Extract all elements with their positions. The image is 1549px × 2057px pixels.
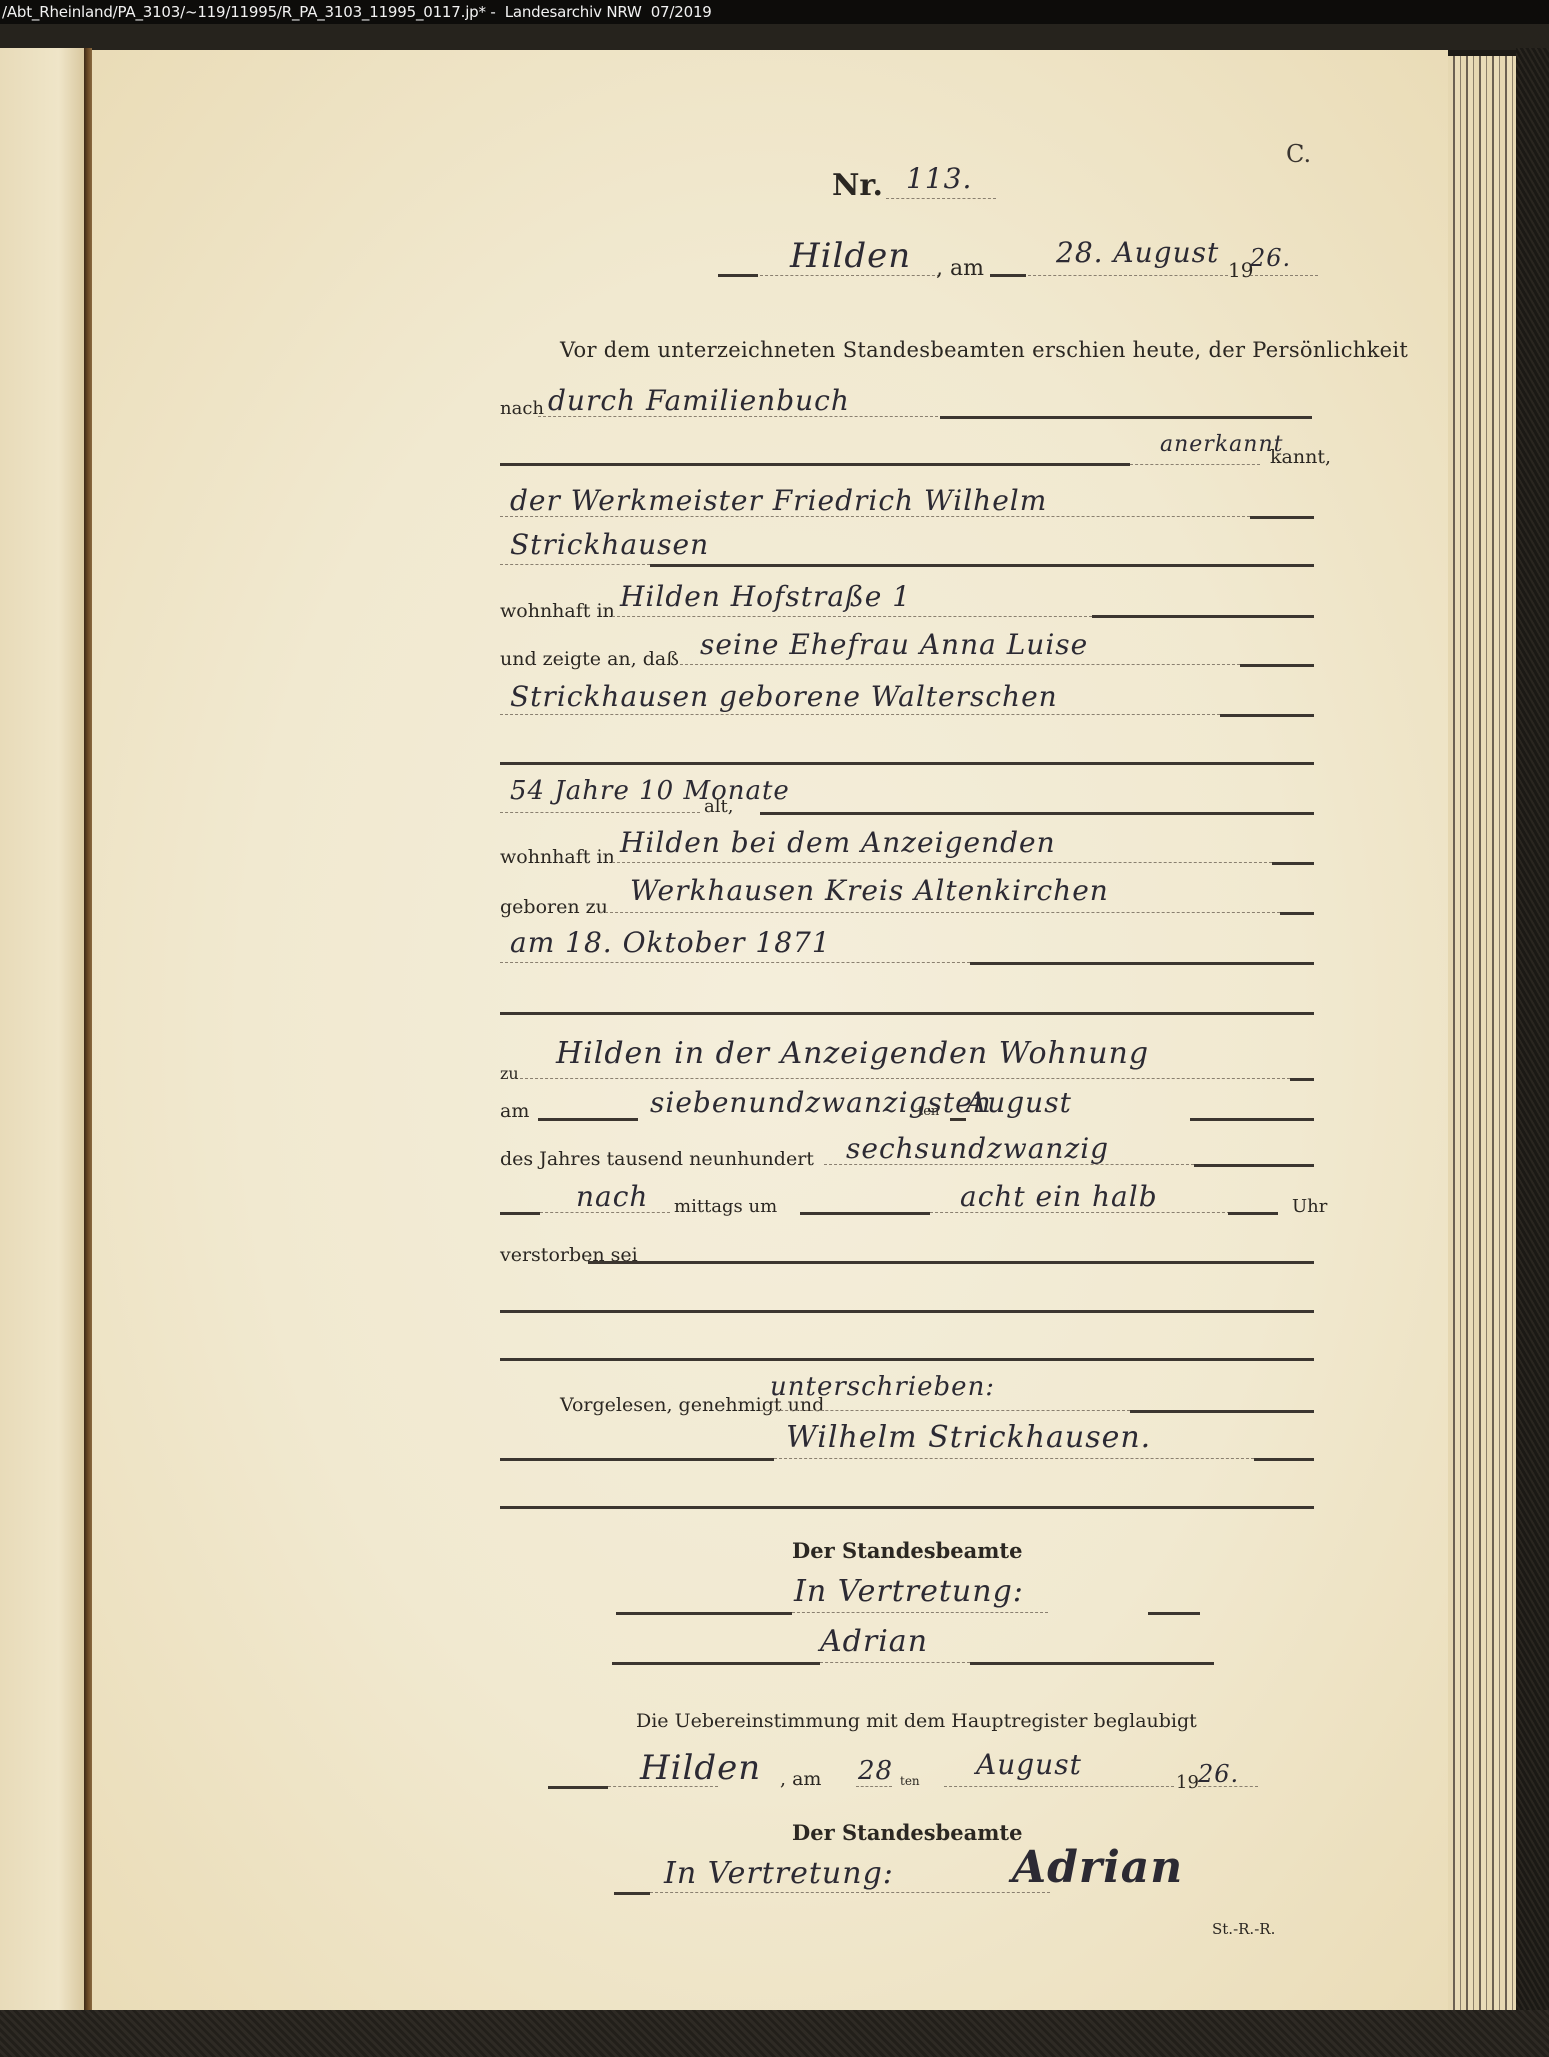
book-cover-bottom (0, 2010, 1549, 2057)
certify-day-dotted-line (856, 1786, 892, 1787)
rule (1250, 516, 1314, 519)
vor-nach-mittag: nach (576, 1180, 648, 1213)
certify-officer-dotted-line (650, 1892, 1050, 1893)
rule (500, 1310, 1314, 1313)
deceased-age: 54 Jahre 10 Monate (510, 776, 790, 806)
record-number: 113. (906, 162, 972, 195)
kannt-label: kannt, (1270, 446, 1331, 468)
signature-dotted-line (774, 1458, 1254, 1459)
rule (500, 1506, 1314, 1509)
informant-residence: Hilden Hofstraße 1 (620, 580, 911, 613)
rule (760, 812, 1314, 815)
rule (990, 274, 1026, 277)
date-am-label: , am (936, 256, 984, 281)
informant-surname-dotted-line (500, 564, 650, 565)
certify-ten: ten (900, 1774, 920, 1788)
certification-month: August (976, 1748, 1082, 1781)
informant-signature: Wilhelm Strickhausen. (786, 1420, 1151, 1455)
vorgelesen-dotted-line (760, 1410, 1130, 1411)
identification-method: durch Familienbuch (548, 384, 850, 417)
certify-officer-heading: Der Standesbeamte (792, 1820, 1023, 1845)
mittags-label: mittags um (674, 1196, 777, 1217)
rule (1220, 714, 1314, 717)
registration-date: 28. August (1056, 236, 1219, 269)
rule (612, 1662, 820, 1665)
certification-text: Die Uebereinstimmung mit dem Hauptregist… (636, 1710, 1197, 1732)
rule (548, 1786, 608, 1789)
rule (970, 1662, 1214, 1665)
rule (1228, 1212, 1278, 1215)
number-dotted-line (886, 198, 996, 199)
officer-heading: Der Standesbeamte (792, 1538, 1023, 1563)
certify-officer-note: In Vertretung: (664, 1856, 894, 1891)
birth-date-dotted-line (500, 962, 970, 963)
window-title: /Abt_Rheinland/PA_3103/~119/11995/R_PA_3… (0, 0, 1549, 24)
certify-year-prefix: 19 (1176, 1772, 1199, 1793)
kannt-value: anerkannt (1160, 432, 1283, 457)
geboren-dotted-line (600, 912, 1280, 913)
certification-place: Hilden (640, 1748, 761, 1788)
rule (1272, 862, 1314, 865)
rule (538, 1118, 638, 1121)
death-year: sechsundzwanzig (846, 1132, 1109, 1165)
date-dotted-line (1028, 275, 1228, 276)
rule (718, 274, 758, 277)
certify-year-suffix: 26. (1198, 1760, 1239, 1788)
zu-label: zu (500, 1064, 519, 1083)
zeigte-an-label: und zeigte an, daß (500, 648, 679, 670)
deceased-residence: Hilden bei dem Anzeigenden (620, 826, 1056, 859)
rule (1290, 1078, 1314, 1081)
rule (500, 1358, 1314, 1361)
informant-surname: Strickhausen (510, 528, 709, 561)
rule (800, 1212, 930, 1215)
book-gutter (84, 48, 92, 2012)
age-dotted-line (500, 812, 700, 813)
corner-mark: C. (1286, 140, 1311, 168)
rule (950, 1118, 966, 1121)
rule (1190, 1118, 1314, 1121)
rule (1130, 1410, 1314, 1413)
death-place: Hilden in der Anzeigenden Wohnung (556, 1036, 1149, 1071)
rule (614, 1892, 650, 1895)
left-page (0, 48, 84, 2012)
deceased-surname: Strickhausen geborene Walterschen (510, 680, 1058, 713)
rule (1280, 912, 1314, 915)
officer-name: Adrian (820, 1624, 928, 1659)
form-code: St.-R.-R. (1212, 1920, 1275, 1938)
death-time: acht ein halb (960, 1180, 1158, 1213)
year-suffix: 26. (1250, 244, 1291, 272)
officer-note: In Vertretung: (794, 1574, 1024, 1609)
rule (940, 416, 1312, 419)
rule (500, 1212, 540, 1215)
certification-day: 28 (858, 1756, 893, 1786)
vorgelesen-value: unterschrieben: (770, 1372, 995, 1402)
birth-date: am 18. Oktober 1871 (510, 926, 831, 959)
book-cover-top (0, 24, 1549, 50)
number-label: Nr. (832, 168, 883, 203)
informant-occupation-name: der Werkmeister Friedrich Wilhelm (510, 484, 1047, 517)
birth-place: Werkhausen Kreis Altenkirchen (630, 874, 1109, 907)
rule (616, 1612, 792, 1615)
rule (1194, 1164, 1314, 1167)
zeigte-dotted-line (680, 664, 1240, 665)
certify-officer-signature: Adrian (1012, 1842, 1183, 1893)
uhr-label: Uhr (1292, 1196, 1327, 1217)
year-dotted-line (1250, 275, 1318, 276)
geboren-label: geboren zu (500, 896, 608, 918)
am-label: am (500, 1100, 529, 1122)
registration-place: Hilden (790, 236, 911, 276)
certify-am-label: , am (780, 1768, 821, 1790)
deceased-relation-name: seine Ehefrau Anna Luise (700, 628, 1088, 661)
rule (650, 564, 1314, 567)
certify-month-dotted-line (944, 1786, 1174, 1787)
certify-year-dotted-line (1198, 1786, 1258, 1787)
wohnhaft2-label: wohnhaft in (500, 846, 615, 868)
kannt-dotted-line (1130, 464, 1260, 465)
rule (500, 762, 1314, 765)
rule (1254, 1458, 1314, 1461)
death-month: August (966, 1086, 1072, 1119)
wohnhaft-dotted-line (612, 616, 1092, 617)
rule (970, 962, 1314, 965)
rule (500, 1012, 1314, 1015)
rule (500, 463, 1130, 466)
page-edges (1448, 56, 1516, 2010)
rule (1148, 1612, 1200, 1615)
book-cover-right (1516, 48, 1549, 2012)
age-suffix: alt, (704, 796, 733, 817)
wohnhaft2-dotted-line (612, 862, 1272, 863)
deceased-dotted-line (500, 714, 1220, 715)
intro-text: Vor dem unterzeichneten Standesbeamten e… (560, 338, 1408, 362)
officer-dotted-line (792, 1612, 1048, 1613)
officer-name-dotted-line (820, 1662, 970, 1663)
rule (1240, 664, 1314, 667)
ten-suffix: ten (918, 1104, 939, 1119)
rule (588, 1261, 1314, 1264)
jahres-label: des Jahres tausend neunhundert (500, 1148, 814, 1170)
death-place-dotted-line (520, 1078, 1290, 1079)
rule (1092, 615, 1314, 618)
death-day: siebenundzwanzigsten (650, 1086, 992, 1119)
rule (500, 1458, 774, 1461)
wohnhaft-label: wohnhaft in (500, 600, 615, 622)
